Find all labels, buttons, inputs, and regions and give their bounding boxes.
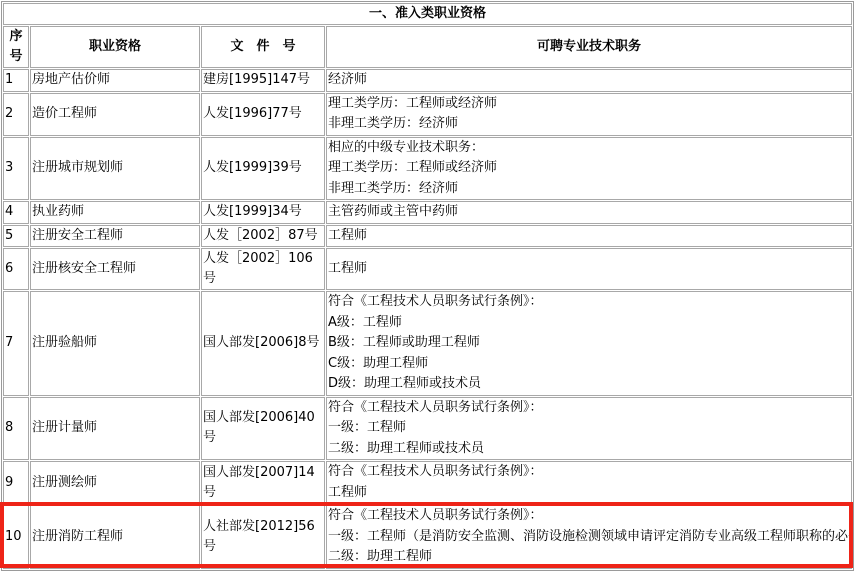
positions-cell: 符合《工程技术人员职务试行条例》：一级：工程师（是消防安全监测、消防设施检测领域…: [326, 505, 852, 569]
position-line: 二级：助理工程师: [328, 547, 850, 568]
row-number-cell: 6: [3, 248, 29, 290]
positions-cell: 理工类学历：工程师或经济师非理工类学历：经济师: [326, 93, 852, 136]
position-line: 理工类学历：工程师或经济师: [328, 94, 850, 115]
position-line: 一级：工程师: [328, 418, 850, 439]
positions-cell: 经济师: [326, 69, 852, 92]
position-line: 经济师: [328, 70, 850, 91]
qualification-name-cell: 注册核安全工程师: [30, 248, 200, 290]
row-number-cell: 3: [3, 137, 29, 201]
col-header-positions: 可聘专业技术职务: [326, 26, 852, 68]
positions-cell: 主管药师或主管中药师: [326, 201, 852, 224]
table-row: 4执业药师人发[1999]34号主管药师或主管中药师: [3, 201, 852, 224]
col-header-document-no: 文 件 号: [201, 26, 325, 68]
header-row: 序号 职业资格 文 件 号 可聘专业技术职务: [3, 26, 852, 68]
row-number-cell: 9: [3, 461, 29, 504]
position-line: B级：工程师或助理工程师: [328, 333, 850, 354]
title-row: 一、准入类职业资格: [3, 3, 852, 25]
qualification-name-cell: 注册安全工程师: [30, 225, 200, 248]
position-line: 一级：工程师（是消防安全监测、消防设施检测领域申请评定消防专业高级工程师职称的必…: [328, 527, 850, 548]
qualification-name-cell: 注册验船师: [30, 291, 200, 396]
position-line: 符合《工程技术人员职务试行条例》：: [328, 462, 850, 483]
document-number-cell: 国人部发[2007]14号: [201, 461, 325, 504]
positions-cell: 工程师: [326, 248, 852, 290]
qualification-table: 一、准入类职业资格 序号 职业资格 文 件 号 可聘专业技术职务 1房地产估价师…: [1, 1, 854, 571]
row-number-cell: 4: [3, 201, 29, 224]
document-number-cell: 人发[1996]77号: [201, 93, 325, 136]
position-line: 工程师: [328, 226, 850, 247]
qualification-name-cell: 注册城市规划师: [30, 137, 200, 201]
document-number-cell: 国人部发[2006]40号: [201, 397, 325, 461]
qualification-name-cell: 注册计量师: [30, 397, 200, 461]
document-number-cell: 人发［2002］106号: [201, 248, 325, 290]
document-number-cell: 人社部发[2012]56号: [201, 505, 325, 569]
qualification-name-cell: 造价工程师: [30, 93, 200, 136]
positions-cell: 符合《工程技术人员职务试行条例》：一级：工程师二级：助理工程师或技术员: [326, 397, 852, 461]
row-number-cell: 10: [3, 505, 29, 569]
qualification-document: 一、准入类职业资格 序号 职业资格 文 件 号 可聘专业技术职务 1房地产估价师…: [0, 0, 855, 571]
row-number-cell: 1: [3, 69, 29, 92]
col-header-qualification: 职业资格: [30, 26, 200, 68]
position-line: A级：工程师: [328, 313, 850, 334]
qualification-name-cell: 房地产估价师: [30, 69, 200, 92]
document-number-cell: 人发［2002］87号: [201, 225, 325, 248]
table-title: 一、准入类职业资格: [3, 3, 852, 25]
position-line: 主管药师或主管中药师: [328, 202, 850, 223]
position-line: 非理工类学历：经济师: [328, 114, 850, 135]
position-line: 符合《工程技术人员职务试行条例》：: [328, 506, 850, 527]
position-line: 理工类学历：工程师或经济师: [328, 158, 850, 179]
qualification-name-cell: 注册消防工程师: [30, 505, 200, 569]
table-row: 5注册安全工程师人发［2002］87号工程师: [3, 225, 852, 248]
position-line: C级：助理工程师: [328, 354, 850, 375]
col-header-index: 序号: [3, 26, 29, 68]
document-number-cell: 国人部发[2006]8号: [201, 291, 325, 396]
positions-cell: 工程师: [326, 225, 852, 248]
table-row: 1房地产估价师建房[1995]147号经济师: [3, 69, 852, 92]
position-line: 二级：助理工程师或技术员: [328, 439, 850, 460]
row-number-cell: 8: [3, 397, 29, 461]
document-number-cell: 建房[1995]147号: [201, 69, 325, 92]
table-row: 8注册计量师国人部发[2006]40号符合《工程技术人员职务试行条例》：一级：工…: [3, 397, 852, 461]
table-row: 6注册核安全工程师人发［2002］106号工程师: [3, 248, 852, 290]
row-number-cell: 7: [3, 291, 29, 396]
document-number-cell: 人发[1999]34号: [201, 201, 325, 224]
position-line: 工程师: [328, 259, 850, 280]
position-line: 非理工类学历：经济师: [328, 179, 850, 200]
position-line: D级：助理工程师或技术员: [328, 374, 850, 395]
position-line: 符合《工程技术人员职务试行条例》：: [328, 398, 850, 419]
positions-cell: 符合《工程技术人员职务试行条例》：A级：工程师B级：工程师或助理工程师C级：助理…: [326, 291, 852, 396]
document-number-cell: 人发[1999]39号: [201, 137, 325, 201]
row-number-cell: 2: [3, 93, 29, 136]
qualification-name-cell: 注册测绘师: [30, 461, 200, 504]
table-row: 9注册测绘师国人部发[2007]14号符合《工程技术人员职务试行条例》：工程师: [3, 461, 852, 504]
positions-cell: 相应的中级专业技术职务：理工类学历：工程师或经济师非理工类学历：经济师: [326, 137, 852, 201]
table-row: 3注册城市规划师人发[1999]39号相应的中级专业技术职务：理工类学历：工程师…: [3, 137, 852, 201]
qualification-name-cell: 执业药师: [30, 201, 200, 224]
table-row: 10注册消防工程师人社部发[2012]56号符合《工程技术人员职务试行条例》：一…: [3, 505, 852, 569]
position-line: 符合《工程技术人员职务试行条例》：: [328, 292, 850, 313]
positions-cell: 符合《工程技术人员职务试行条例》：工程师: [326, 461, 852, 504]
position-line: 工程师: [328, 483, 850, 504]
table-row: 7注册验船师国人部发[2006]8号符合《工程技术人员职务试行条例》：A级：工程…: [3, 291, 852, 396]
row-number-cell: 5: [3, 225, 29, 248]
table-row: 2造价工程师人发[1996]77号理工类学历：工程师或经济师非理工类学历：经济师: [3, 93, 852, 136]
position-line: 相应的中级专业技术职务：: [328, 138, 850, 159]
